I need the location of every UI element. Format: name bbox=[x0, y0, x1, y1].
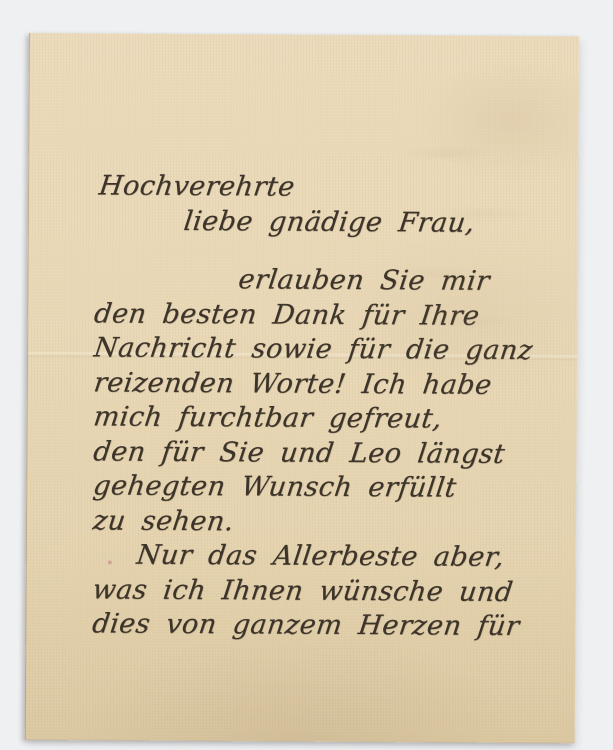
letter-line: erlauben Sie mir bbox=[236, 263, 579, 300]
letter-line: Nachricht sowie für die ganz bbox=[92, 331, 579, 368]
letter-line: was ich Ihnen wünsche und bbox=[90, 573, 577, 610]
letter-line: den für Sie und Leo längst bbox=[91, 435, 578, 472]
letter-line: den besten Dank für Ihre bbox=[92, 297, 579, 334]
letter-line: reizenden Worte! Ich habe bbox=[92, 366, 579, 403]
letter-line: mich furchtbar gefreut, bbox=[91, 400, 578, 437]
letter-line: zu sehen. bbox=[91, 504, 578, 541]
letter-line: dies von ganzem Herzen für bbox=[90, 607, 577, 644]
letter-text: Hochverehrte liebe gnädige Frau, erlaube… bbox=[26, 169, 578, 645]
letter-line: gehegten Wunsch erfüllt bbox=[91, 469, 578, 506]
letter-line: liebe gnädige Frau, bbox=[182, 204, 580, 241]
letter-line: Hochverehrte bbox=[97, 169, 580, 206]
letter-paper: Hochverehrte liebe gnädige Frau, erlaube… bbox=[25, 33, 579, 743]
photo-background: Hochverehrte liebe gnädige Frau, erlaube… bbox=[0, 0, 613, 750]
letter-line: Nur das Allerbeste aber, bbox=[135, 539, 578, 576]
